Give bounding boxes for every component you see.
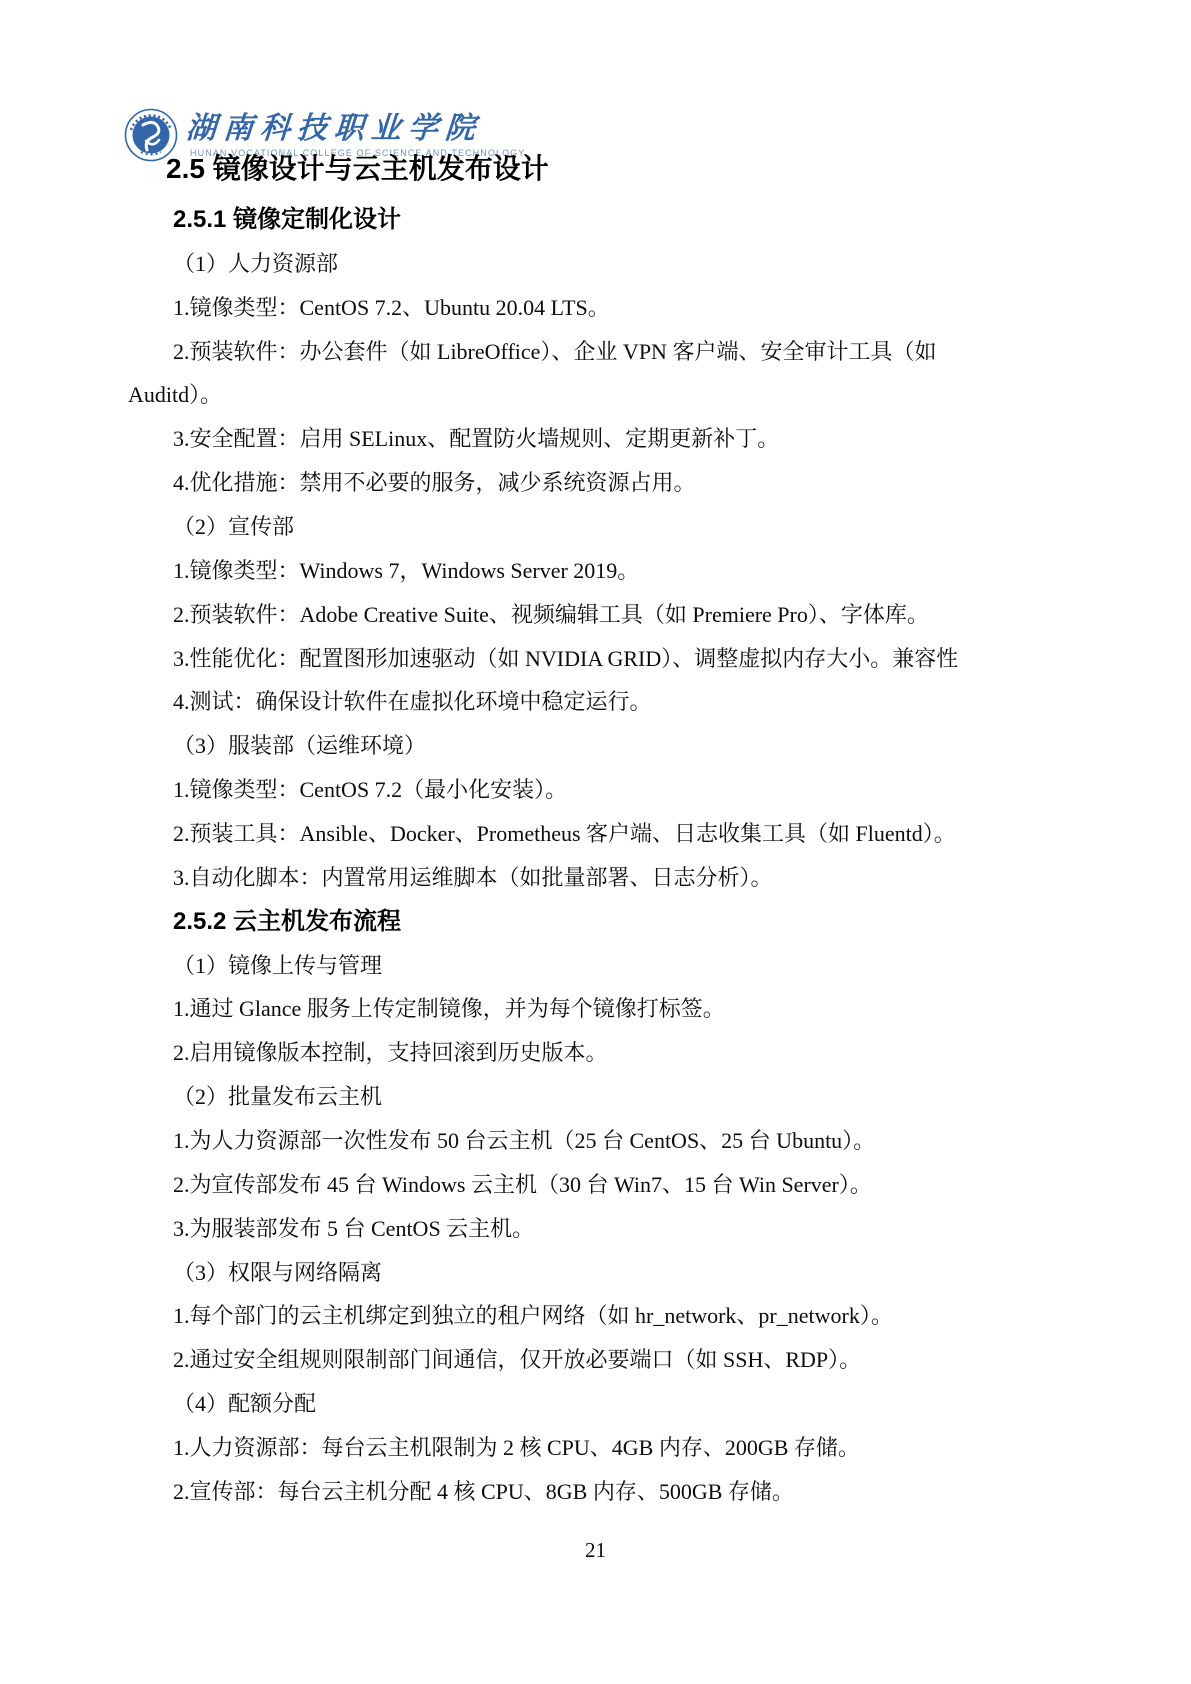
paragraph-line: 2.为宣传部发布 45 台 Windows 云主机（30 台 Win7、15 台… (128, 1163, 1068, 1207)
paragraph-line: 2.预装工具：Ansible、Docker、Prometheus 客户端、日志收… (128, 812, 1068, 856)
paragraph-line: 1.每个部门的云主机绑定到独立的租户网络（如 hr_network、pr_net… (128, 1294, 1068, 1338)
paragraph-line: 1.为人力资源部一次性发布 50 台云主机（25 台 CentOS、25 台 U… (128, 1119, 1068, 1163)
paragraph-line: 2.预装软件：Adobe Creative Suite、视频编辑工具（如 Pre… (128, 593, 1068, 637)
subsection-heading: 2.5.2 云主机发布流程 (128, 900, 1068, 944)
paragraph-line: （3）权限与网络隔离 (128, 1251, 1068, 1295)
paragraph-line: 3.为服装部发布 5 台 CentOS 云主机。 (128, 1207, 1068, 1251)
paragraph-line: 1.镜像类型：Windows 7，Windows Server 2019。 (128, 549, 1068, 593)
college-name-chinese: 湖南科技职业学院 (185, 112, 483, 146)
paragraph-line: 1.通过 Glance 服务上传定制镜像，并为每个镜像打标签。 (128, 987, 1068, 1031)
paragraph-line: 2.预装软件：办公套件（如 LibreOffice）、企业 VPN 客户端、安全… (128, 330, 1068, 374)
paragraph-line: 1.镜像类型：CentOS 7.2（最小化安装）。 (128, 768, 1068, 812)
paragraph-line: 1.镜像类型：CentOS 7.2、Ubuntu 20.04 LTS。 (128, 286, 1068, 330)
page-number: 21 (0, 1537, 1191, 1563)
paragraph-line: （2）宣传部 (128, 505, 1068, 549)
paragraph-line: （2）批量发布云主机 (128, 1075, 1068, 1119)
paragraph-line: 1.人力资源部：每台云主机限制为 2 核 CPU、4GB 内存、200GB 存储… (128, 1426, 1068, 1470)
paragraph-line: （4）配额分配 (128, 1382, 1068, 1426)
paragraph-line: （3）服装部（运维环境） (128, 724, 1068, 768)
paragraph-line: 2.通过安全组规则限制部门间通信，仅开放必要端口（如 SSH、RDP）。 (128, 1338, 1068, 1382)
paragraph-line: 4.测试：确保设计软件在虚拟化环境中稳定运行。 (128, 680, 1068, 724)
paragraph-line: 3.安全配置：启用 SELinux、配置防火墙规则、定期更新补丁。 (128, 417, 1068, 461)
content-lines: 2.5.1 镜像定制化设计（1）人力资源部1.镜像类型：CentOS 7.2、U… (128, 198, 1068, 1514)
paragraph-line: （1）人力资源部 (128, 242, 1068, 286)
paragraph-line: 4.优化措施：禁用不必要的服务，减少系统资源占用。 (128, 461, 1068, 505)
section-heading: 2.5 镜像设计与云主机发布设计 (166, 150, 549, 188)
paragraph-line: （1）镜像上传与管理 (128, 944, 1068, 988)
paragraph-line: 2.宣传部：每台云主机分配 4 核 CPU、8GB 内存、500GB 存储。 (128, 1470, 1068, 1514)
document-page: 湖南科技职业学院 HUNAN VOCATIONAL COLLEGE OF SCI… (0, 0, 1191, 1684)
paragraph-line: Auditd）。 (128, 373, 1068, 417)
paragraph-line: 2.启用镜像版本控制，支持回滚到历史版本。 (128, 1031, 1068, 1075)
paragraph-line: 3.性能优化：配置图形加速驱动（如 NVIDIA GRID）、调整虚拟内存大小。… (128, 637, 1068, 681)
subsection-heading: 2.5.1 镜像定制化设计 (128, 198, 1068, 242)
paragraph-line: 3.自动化脚本：内置常用运维脚本（如批量部署、日志分析）。 (128, 856, 1068, 900)
